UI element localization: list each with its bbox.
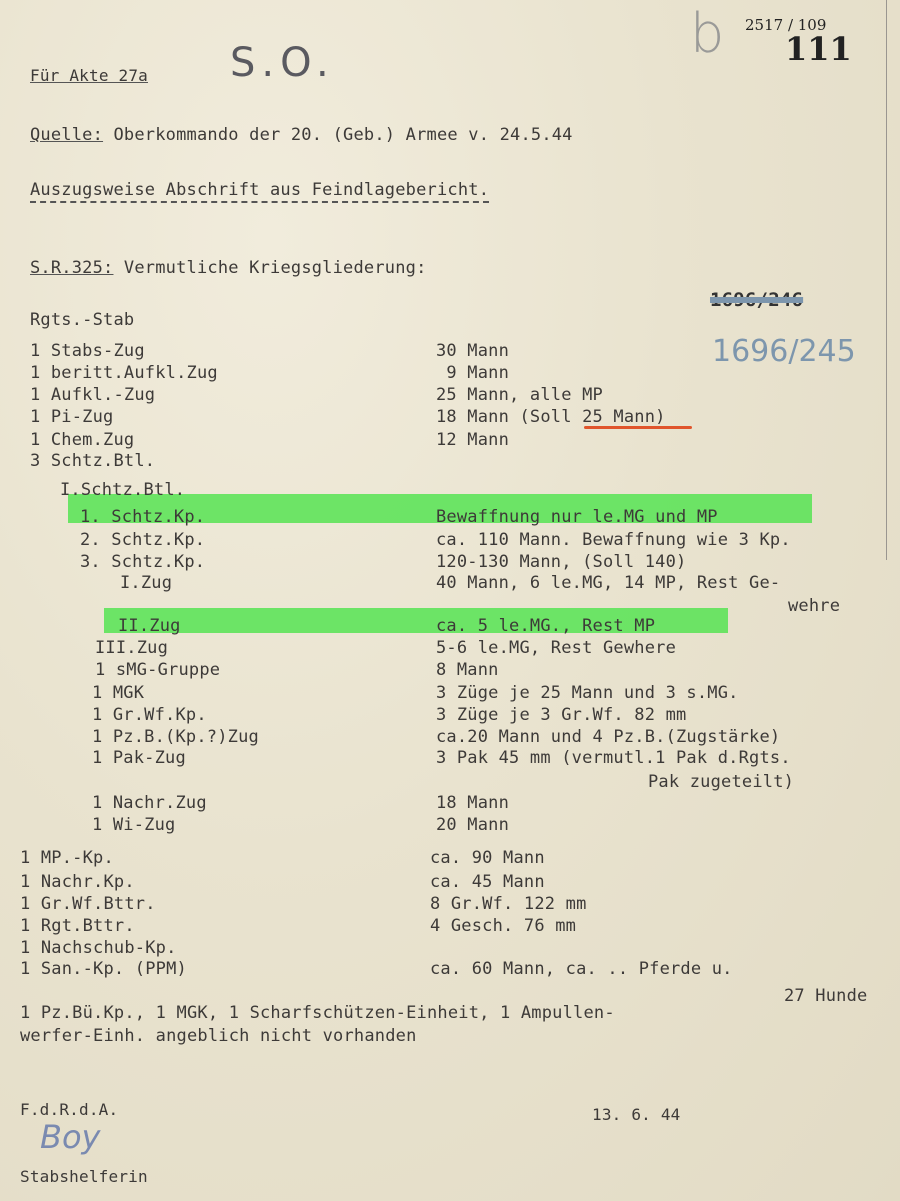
- row-detail: ca. 45 Mann: [430, 872, 545, 892]
- row-unit: 1 beritt.Aufkl.Zug: [30, 363, 218, 383]
- row-unit: 1 Wi-Zug: [92, 815, 175, 835]
- row-detail: wehre: [788, 596, 840, 616]
- row-detail: 8 Mann: [436, 660, 499, 680]
- row-unit: 1 Gr.Wf.Kp.: [92, 705, 207, 725]
- corrected-number: 1696/245: [712, 334, 856, 369]
- row-detail: 4 Gesch. 76 mm: [430, 916, 576, 936]
- row-unit: 1 Stabs-Zug: [30, 341, 145, 361]
- row-detail: ca. 90 Mann: [430, 848, 545, 868]
- row-unit: 1 Rgt.Bttr.: [20, 916, 135, 936]
- unit-label: S.R.325:: [30, 258, 113, 278]
- footnote-line-2: werfer-Einh. angeblich nicht vorhanden: [20, 1026, 417, 1046]
- row-detail: 30 Mann: [436, 341, 509, 361]
- handwritten-signature: Boy: [40, 1118, 100, 1156]
- row-unit: 1 Pak-Zug: [92, 748, 186, 768]
- row-unit: I.Schtz.Btl.: [60, 480, 185, 500]
- handwritten-mark: S.O.: [230, 40, 335, 86]
- row-detail: ca. 5 le.MG., Rest MP: [436, 616, 655, 636]
- row-detail: 25 Mann, alle MP: [436, 385, 603, 405]
- row-detail: 8 Gr.Wf. 122 mm: [430, 894, 587, 914]
- row-detail: Bewaffnung nur le.MG und MP: [436, 507, 718, 527]
- row-unit: III.Zug: [95, 638, 168, 658]
- footnote-line-1: 1 Pz.Bü.Kp., 1 MGK, 1 Scharfschützen-Ein…: [20, 1003, 615, 1023]
- row-unit: 1 Nachschub-Kp.: [20, 938, 177, 958]
- row-unit: II.Zug: [118, 616, 181, 636]
- row-detail: 18 Mann: [436, 793, 509, 813]
- row-unit: 1 Pi-Zug: [30, 407, 113, 427]
- row-unit: I.Zug: [120, 573, 172, 593]
- row-unit: 1 Gr.Wf.Bttr.: [20, 894, 156, 914]
- section-heading: S.R.325: Vermutliche Kriegsgliederung:: [30, 258, 427, 278]
- row-detail: 12 Mann: [436, 430, 509, 450]
- row-unit: 1 Chem.Zug: [30, 430, 134, 450]
- row-unit: 1 Nachr.Kp.: [20, 872, 135, 892]
- row-detail: 3 Pak 45 mm (vermutl.1 Pak d.Rgts.: [436, 748, 791, 768]
- signature-date: 13. 6. 44: [592, 1105, 681, 1125]
- row-detail: 40 Mann, 6 le.MG, 14 MP, Rest Ge-: [436, 573, 780, 593]
- row-unit: 1 San.-Kp. (PPM): [20, 959, 187, 979]
- row-unit: 1 Aufkl.-Zug: [30, 385, 155, 405]
- document-title: Auszugsweise Abschrift aus Feindlageberi…: [30, 180, 489, 200]
- row-detail: ca. 60 Mann, ca. .. Pferde u.: [430, 959, 733, 979]
- source-text: Oberkommando der 20. (Geb.) Armee v. 24.…: [113, 125, 572, 145]
- row-unit: 1 Nachr.Zug: [92, 793, 207, 813]
- row-detail: 18 Mann (Soll 25 Mann): [436, 407, 666, 427]
- row-detail: 120-130 Mann, (Soll 140): [436, 552, 686, 572]
- file-label: Für Akte 27a: [30, 66, 148, 86]
- source-label: Quelle:: [30, 125, 103, 145]
- row-detail: Pak zugeteilt): [648, 772, 794, 792]
- pencil-mark: b: [690, 2, 724, 65]
- row-detail: 5-6 le.MG, Rest Gewhere: [436, 638, 676, 658]
- row-unit: Rgts.-Stab: [30, 310, 134, 330]
- signature-label: F.d.R.d.A.: [20, 1100, 118, 1120]
- row-unit: 1 sMG-Gruppe: [95, 660, 220, 680]
- crossed-out-number: 1696/246: [710, 290, 803, 310]
- row-detail: ca. 110 Mann. Bewaffnung wie 3 Kp.: [436, 530, 791, 550]
- archive-stamp-page: 111: [785, 30, 852, 68]
- row-detail: 27 Hunde: [784, 986, 867, 1006]
- row-unit: 1 MP.-Kp.: [20, 848, 114, 868]
- signature-role: Stabshelferin: [20, 1167, 148, 1187]
- row-unit: 2. Schtz.Kp.: [80, 530, 205, 550]
- row-unit: 1 MGK: [92, 683, 144, 703]
- row-detail: ca.20 Mann und 4 Pz.B.(Zugstärke): [436, 727, 780, 747]
- row-unit: 1 Pz.B.(Kp.?)Zug: [92, 727, 259, 747]
- source-line: Quelle: Oberkommando der 20. (Geb.) Arme…: [30, 125, 573, 145]
- row-unit: 1. Schtz.Kp.: [80, 507, 205, 527]
- page-edge-line: [886, 0, 887, 560]
- row-unit: 3. Schtz.Kp.: [80, 552, 205, 572]
- row-detail: 3 Züge je 3 Gr.Wf. 82 mm: [436, 705, 686, 725]
- row-unit: 3 Schtz.Btl.: [30, 451, 155, 471]
- row-detail: 9 Mann: [436, 363, 509, 383]
- row-detail: 3 Züge je 25 Mann und 3 s.MG.: [436, 683, 739, 703]
- row-detail: 20 Mann: [436, 815, 509, 835]
